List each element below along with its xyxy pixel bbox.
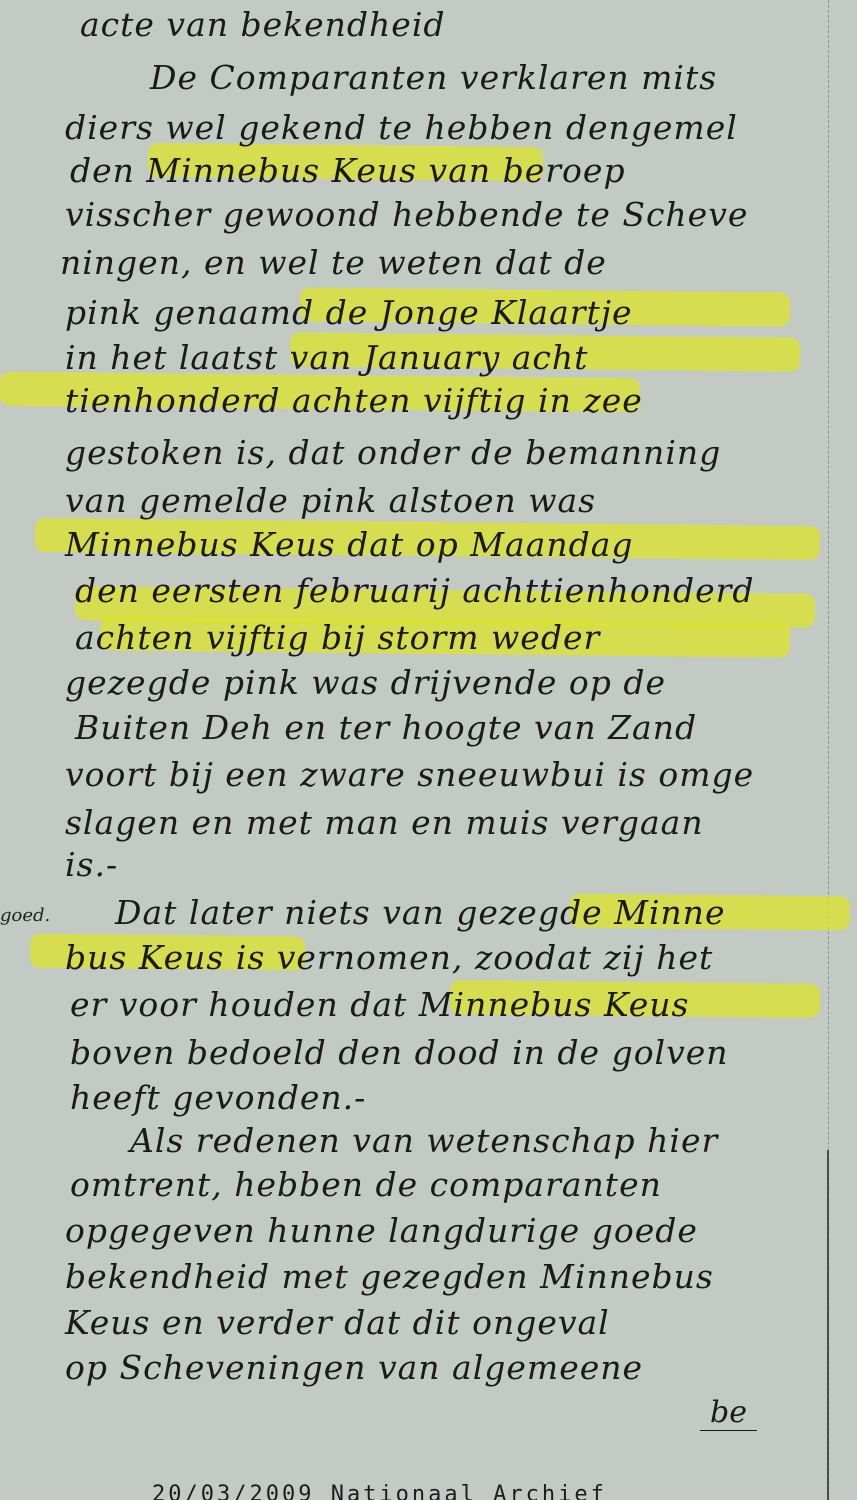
line-text: ningen, en wel te weten dat de	[60, 240, 607, 286]
handwritten-line: pink genaamd de Jonge Klaartje	[0, 290, 857, 336]
line-text: den Minnebus Keus van beroep	[70, 148, 626, 194]
margin-note: goed.	[0, 905, 50, 926]
handwritten-line: is.-	[0, 842, 857, 888]
line-text: gezegde pink was drijvende op de	[65, 660, 666, 706]
line-text: slagen en met man en muis vergaan	[65, 800, 704, 846]
handwritten-line: van gemelde pink alstoen was	[0, 478, 857, 524]
handwritten-line: Dat later niets van gezegde Minne	[0, 890, 857, 936]
line-text: voort bij een zware sneeuwbui is omge	[65, 752, 754, 798]
handwritten-line: gezegde pink was drijvende op de	[0, 660, 857, 706]
handwritten-line: den eersten februarij achttienhonderd	[0, 568, 857, 614]
handwritten-line: tienhonderd achten vijftig in zee	[0, 378, 857, 424]
line-text: gestoken is, dat onder de bemanning	[65, 430, 721, 476]
handwritten-line: ningen, en wel te weten dat de	[0, 240, 857, 286]
line-text: opgegeven hunne langdurige goede	[65, 1208, 698, 1254]
handwritten-line: visscher gewoond hebbende te Scheve	[0, 192, 857, 238]
line-text: bus Keus is vernomen, zoodat zij het	[65, 935, 713, 981]
handwritten-line: achten vijftig bij storm weder	[0, 615, 857, 661]
line-text: diers wel gekend te hebben dengemel	[65, 105, 738, 151]
document-page: acte van bekendheidDe Comparanten verkla…	[0, 0, 857, 1500]
line-text: Buiten Deh en ter hoogte van Zand	[75, 705, 697, 751]
handwritten-line: De Comparanten verklaren mits	[0, 55, 857, 101]
line-text: is.-	[65, 842, 118, 888]
handwritten-line: voort bij een zware sneeuwbui is omge	[0, 752, 857, 798]
line-text: De Comparanten verklaren mits	[150, 55, 717, 101]
handwritten-line: in het laatst van January acht	[0, 335, 857, 381]
line-text: acte van bekendheid	[80, 2, 446, 48]
line-text: op Scheveningen van algemeene	[65, 1345, 643, 1391]
handwritten-line: diers wel gekend te hebben dengemel	[0, 105, 857, 151]
handwritten-line: op Scheveningen van algemeene	[0, 1345, 857, 1391]
handwritten-line: acte van bekendheid	[0, 2, 857, 48]
handwritten-line: Minnebus Keus dat op Maandag	[0, 522, 857, 568]
handwritten-line: den Minnebus Keus van beroep	[0, 148, 857, 194]
line-text: omtrent, hebben de comparanten	[70, 1162, 662, 1208]
handwritten-line: omtrent, hebben de comparanten	[0, 1162, 857, 1208]
handwritten-line: Als redenen van wetenschap hier	[0, 1118, 857, 1164]
handwritten-line: opgegeven hunne langdurige goede	[0, 1208, 857, 1254]
line-text: visscher gewoond hebbende te Scheve	[65, 192, 748, 238]
archive-footer: 20/03/2009 Nationaal Archief	[152, 1482, 607, 1500]
handwritten-line: gestoken is, dat onder de bemanning	[0, 430, 857, 476]
line-text: tienhonderd achten vijftig in zee	[65, 378, 643, 424]
line-text: pink genaamd de Jonge Klaartje	[65, 290, 633, 336]
line-text: Dat later niets van gezegde Minne	[115, 890, 725, 936]
line-text: bekendheid met gezegden Minnebus	[65, 1254, 714, 1300]
handwritten-line: slagen en met man en muis vergaan	[0, 800, 857, 846]
line-text: Minnebus Keus dat op Maandag	[65, 522, 634, 568]
line-text: Als redenen van wetenschap hier	[130, 1118, 718, 1164]
line-text: van gemelde pink alstoen was	[65, 478, 596, 524]
handwritten-line: er voor houden dat Minnebus Keus	[0, 982, 857, 1028]
line-text: den eersten februarij achttienhonderd	[75, 568, 755, 614]
line-text: er voor houden dat Minnebus Keus	[70, 982, 689, 1028]
paraph-signature: be	[700, 1395, 757, 1431]
handwritten-line: bus Keus is vernomen, zoodat zij het	[0, 935, 857, 981]
line-text: Keus en verder dat dit ongeval	[65, 1300, 610, 1346]
handwritten-line: bekendheid met gezegden Minnebus	[0, 1254, 857, 1300]
line-text: achten vijftig bij storm weder	[75, 615, 600, 661]
line-text: boven bedoeld den dood in de golven	[70, 1030, 729, 1076]
handwritten-line: boven bedoeld den dood in de golven	[0, 1030, 857, 1076]
handwritten-line: Buiten Deh en ter hoogte van Zand	[0, 705, 857, 751]
handwritten-line: heeft gevonden.-	[0, 1075, 857, 1121]
line-text: in het laatst van January acht	[65, 335, 588, 381]
line-text: heeft gevonden.-	[70, 1075, 366, 1121]
handwritten-line: Keus en verder dat dit ongeval	[0, 1300, 857, 1346]
